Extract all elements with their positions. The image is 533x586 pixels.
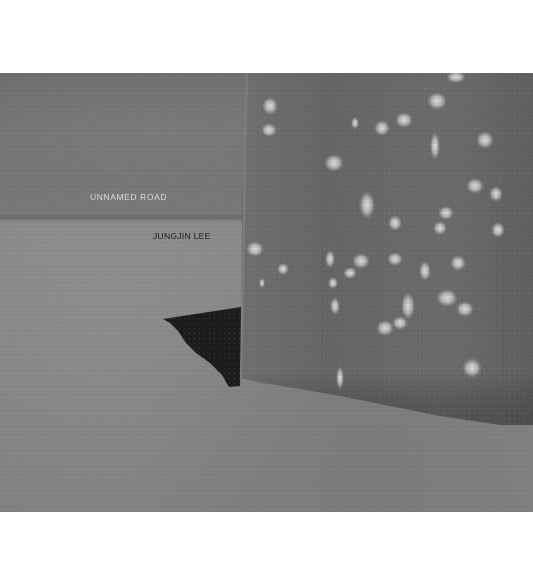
book-author: JUNGJIN LEE bbox=[153, 231, 211, 241]
book-cover-photo: UNNAMED ROAD JUNGJIN LEE bbox=[0, 73, 533, 512]
book-title: UNNAMED ROAD bbox=[90, 192, 167, 202]
photo-grain-texture bbox=[0, 73, 533, 512]
